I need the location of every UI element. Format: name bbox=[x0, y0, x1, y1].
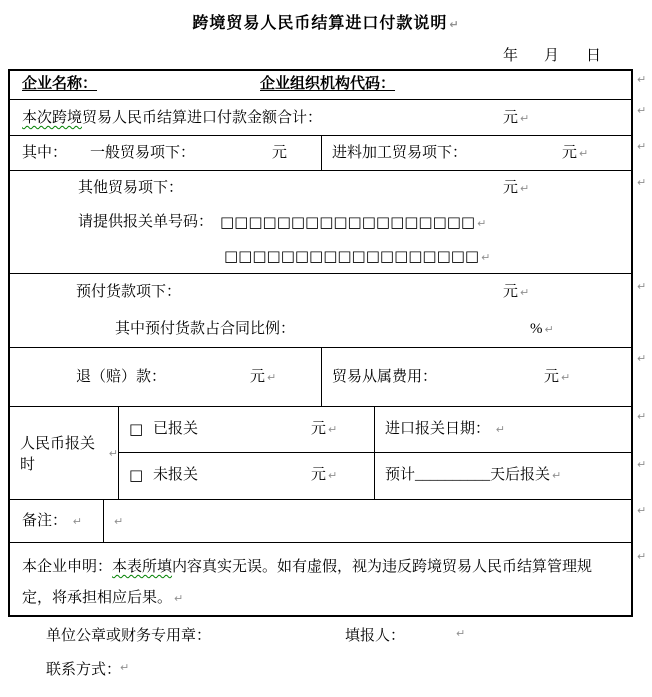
expect-prefix-label: 预计 bbox=[385, 467, 415, 483]
row-end-mark-icon: ↵ bbox=[637, 140, 646, 153]
customs-no-line1: 请提供报关单号码： □□□□□□□□□□□□□□□□□□↵ bbox=[10, 205, 631, 239]
row-declaration-statement: 本企业申明：本表所填内容真实无误。如有虚假，视为违反跨境贸易人民币结算管理规定，… bbox=[10, 542, 631, 615]
customs-no-line2: □□□□□□□□□□□□□□□□□□↵ bbox=[10, 239, 631, 273]
row-other-trade: 其他贸易项下： 元↵ 请提供报关单号码： □□□□□□□□□□□□□□□□□□↵… bbox=[10, 170, 631, 273]
paragraph-mark-icon: ↵ bbox=[73, 515, 82, 528]
paragraph-mark-icon: ↵ bbox=[552, 469, 561, 482]
prepay-ratio-line: 其中预付货款占合同比例： %↵ bbox=[10, 311, 631, 348]
remark-value-cell[interactable]: ↵ bbox=[104, 500, 631, 542]
form-title-text: 跨境贸易人民币结算进口付款说明 bbox=[192, 15, 447, 32]
total-amount-label-wavy: 本次跨境 bbox=[22, 110, 82, 126]
total-amount-unit: 元↵ bbox=[503, 100, 529, 137]
customs-no-boxes-2: □□□□□□□□□□□□□□□□□□↵ bbox=[224, 239, 490, 275]
paragraph-mark-icon: ↵ bbox=[520, 182, 529, 195]
yuan-label: 元 bbox=[250, 369, 265, 385]
total-amount-label: 本次跨境贸易人民币结算进口付款金额合计： bbox=[22, 100, 322, 136]
other-trade-line: 其他贸易项下： 元↵ bbox=[10, 171, 631, 205]
other-trade-unit: 元↵ bbox=[503, 171, 529, 206]
declared-date-cell: 进口报关日期： ↵ bbox=[375, 407, 631, 452]
statement-wavy: 本表所填 bbox=[112, 559, 172, 575]
row-refund-fee: 退（赔）款： 元↵ 贸易从属费用： 元↵ bbox=[10, 347, 631, 406]
date-month-label: 月 bbox=[544, 44, 559, 65]
refund-unit: 元↵ bbox=[250, 348, 276, 407]
row-customs-declaration: 人民币报关时↵ □ 已报关 元↵ 进口报关日期： ↵ bbox=[10, 406, 631, 499]
customs-side-cell: 人民币报关时↵ bbox=[10, 407, 119, 499]
contact-line: 联系方式： bbox=[46, 658, 121, 679]
paragraph-mark-icon: ↵ bbox=[328, 423, 337, 436]
row-end-mark-icon: ↵ bbox=[637, 176, 646, 189]
word-document-page: 跨境贸易人民币结算进口付款说明↵ 年 月 日 企业名称： 企业组织机构代码： 本… bbox=[0, 0, 652, 697]
row-prepayment: 预付货款项下： 元↵ 其中预付货款占合同比例： %↵ bbox=[10, 273, 631, 347]
expected-days-line: 预计__________天后报关↵ bbox=[385, 453, 561, 498]
general-trade-label: 一般贸易项下： bbox=[90, 136, 195, 171]
processing-trade-cell: 进料加工贸易项下： 元↵ bbox=[322, 136, 631, 170]
undeclared-label: 未报关 bbox=[153, 453, 198, 498]
paragraph-mark-icon: ↵ bbox=[456, 627, 465, 640]
processing-trade-unit: 元↵ bbox=[562, 136, 588, 171]
statement-prefix: 本企业申明： bbox=[22, 559, 112, 575]
paragraph-mark-icon: ↵ bbox=[481, 251, 490, 264]
remark-label-text: 备注： bbox=[22, 513, 67, 529]
yuan-label: 元 bbox=[503, 110, 518, 126]
paragraph-mark-icon: ↵ bbox=[477, 217, 486, 230]
row-end-mark-icon: ↵ bbox=[637, 504, 646, 517]
row-company-info: 企业名称： 企业组织机构代码： bbox=[10, 71, 631, 99]
paragraph-mark-icon: ↵ bbox=[174, 592, 183, 605]
yuan-label: 元 bbox=[503, 284, 518, 300]
filler-label: 填报人： bbox=[345, 628, 405, 644]
paragraph-mark-icon: ↵ bbox=[520, 112, 529, 125]
paragraph-mark-icon: ↵ bbox=[267, 371, 276, 384]
declared-date-text: 进口报关日期： bbox=[385, 421, 490, 437]
yuan-label: 元 bbox=[562, 145, 577, 161]
form-title: 跨境贸易人民币结算进口付款说明↵ bbox=[0, 10, 652, 33]
prepay-ratio-unit: %↵ bbox=[530, 311, 554, 348]
row-end-mark-icon: ↵ bbox=[637, 104, 646, 117]
expect-suffix-label: 天后报关 bbox=[490, 467, 550, 483]
digit-boxes-row2[interactable]: □□□□□□□□□□□□□□□□□□ bbox=[224, 247, 479, 265]
refund-cell: 退（赔）款： 元↵ bbox=[10, 348, 322, 406]
prepay-ratio-label: 其中预付货款占合同比例： bbox=[115, 311, 295, 348]
paragraph-mark-icon: ↵ bbox=[328, 469, 337, 482]
org-code-label: 企业组织机构代码： bbox=[260, 71, 395, 97]
undeclared-checkbox[interactable]: □ bbox=[129, 453, 143, 498]
row-end-mark-icon: ↵ bbox=[637, 458, 646, 471]
paragraph-mark-icon: ↵ bbox=[545, 323, 554, 336]
row-trade-types: 其中： 一般贸易项下： 元 进料加工贸易项下： 元↵ bbox=[10, 135, 631, 170]
yuan-label: 元 bbox=[311, 421, 326, 437]
processing-trade-label: 进料加工贸易项下： bbox=[332, 136, 467, 171]
general-trade-cell: 其中： 一般贸易项下： 元 bbox=[10, 136, 322, 170]
paragraph-mark-icon: ↵ bbox=[114, 500, 123, 543]
date-line: 年 月 日 bbox=[0, 44, 652, 62]
row-end-mark-icon: ↵ bbox=[637, 550, 646, 563]
yuan-label: 元 bbox=[503, 180, 518, 196]
paragraph-mark-icon: ↵ bbox=[109, 447, 118, 460]
yuan-label: 元 bbox=[544, 369, 559, 385]
undeclared-unit: 元↵ bbox=[311, 453, 337, 498]
total-amount-label-rest: 贸易人民币结算进口付款金额合计： bbox=[82, 110, 322, 126]
other-trade-label: 其他贸易项下： bbox=[78, 171, 183, 205]
declared-checkbox[interactable]: □ bbox=[129, 407, 143, 452]
undeclared-cell: □ 未报关 元↵ bbox=[119, 453, 375, 499]
seal-label: 单位公章或财务专用章： bbox=[46, 628, 211, 644]
declared-cell: □ 已报关 元↵ bbox=[119, 407, 375, 452]
declared-unit: 元↵ bbox=[311, 407, 337, 452]
yuan-label: 元 bbox=[311, 467, 326, 483]
fee-cell: 贸易从属费用： 元↵ bbox=[322, 348, 631, 406]
declared-date-label: 进口报关日期： ↵ bbox=[385, 407, 505, 452]
date-year-label: 年 bbox=[503, 44, 518, 65]
prepay-label: 预付货款项下： bbox=[76, 274, 181, 311]
remark-label: 备注： ↵ bbox=[22, 500, 82, 543]
paragraph-mark-icon: ↵ bbox=[561, 371, 570, 384]
seal-line: 单位公章或财务专用章： bbox=[46, 624, 211, 645]
row-end-mark-icon: ↵ bbox=[637, 352, 646, 365]
paragraph-mark-icon: ↵ bbox=[120, 661, 129, 674]
paragraph-mark-icon: ↵ bbox=[520, 286, 529, 299]
row-end-mark-icon: ↵ bbox=[637, 280, 646, 293]
customs-no-boxes-1: □□□□□□□□□□□□□□□□□□↵ bbox=[220, 205, 486, 241]
declared-label: 已报关 bbox=[153, 407, 198, 452]
percent-label: % bbox=[530, 321, 543, 337]
filler-line: 填报人： bbox=[345, 624, 405, 645]
paragraph-mark-icon: ↵ bbox=[579, 147, 588, 160]
digit-boxes-row1[interactable]: □□□□□□□□□□□□□□□□□□ bbox=[220, 213, 475, 231]
prepay-line: 预付货款项下： 元↵ bbox=[10, 274, 631, 311]
row-end-mark-icon: ↵ bbox=[637, 410, 646, 423]
expected-days-blank[interactable]: __________ bbox=[415, 467, 490, 483]
fee-label: 贸易从属费用： bbox=[332, 348, 437, 407]
prepay-unit: 元↵ bbox=[503, 274, 529, 311]
company-name-label: 企业名称： bbox=[22, 71, 97, 97]
paragraph-mark-icon: ↵ bbox=[449, 18, 459, 31]
refund-label: 退（赔）款： bbox=[76, 348, 166, 407]
date-day-label: 日 bbox=[586, 44, 601, 65]
expected-days-cell: 预计__________天后报关↵ bbox=[375, 453, 631, 499]
row-remarks: 备注： ↵ ↵ bbox=[10, 499, 631, 542]
customs-no-label: 请提供报关单号码： bbox=[78, 205, 213, 239]
among-label: 其中： bbox=[22, 136, 67, 171]
payment-declaration-table: 企业名称： 企业组织机构代码： 本次跨境贸易人民币结算进口付款金额合计： 元↵ … bbox=[8, 69, 633, 617]
remark-label-cell: 备注： ↵ bbox=[10, 500, 104, 542]
contact-label: 联系方式： bbox=[46, 662, 121, 678]
general-trade-unit: 元 bbox=[272, 136, 287, 171]
customs-side-label: 人民币报关时 bbox=[20, 432, 107, 474]
row-total-amount: 本次跨境贸易人民币结算进口付款金额合计： 元↵ bbox=[10, 99, 631, 135]
fee-unit: 元↵ bbox=[544, 348, 570, 407]
paragraph-mark-icon: ↵ bbox=[496, 423, 505, 436]
row-end-mark-icon: ↵ bbox=[637, 73, 646, 86]
